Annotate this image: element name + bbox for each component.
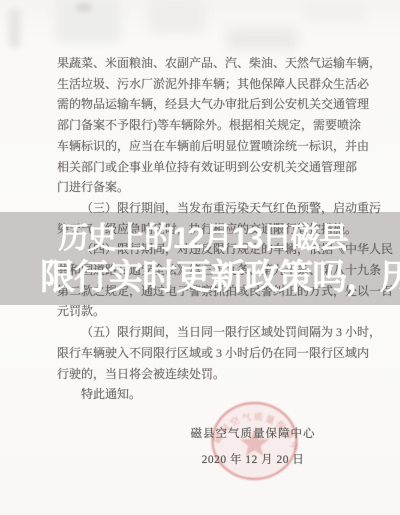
document-photo: 果蔬菜、米面粮油、农副产品、汽、柴油、天然气运输车辆，生活垃圾、污水厂淤泥外排车… xyxy=(0,0,400,515)
document-line: 生活垃圾、污水厂淤泥外排车辆；其他保障人民群众生活必 xyxy=(57,74,349,95)
document-line: 部门备案不予限行)等车辆除外。根据相关规定，需要喷涂 xyxy=(57,115,349,136)
blur-artifact xyxy=(226,28,298,50)
issue-date: 2020 年 12 月 20 日 xyxy=(123,451,383,467)
document-line: 特此通知。 xyxy=(57,384,349,405)
blur-artifact xyxy=(8,8,21,48)
blur-artifact xyxy=(76,3,92,12)
headline-line-1: 历史上的12月13日磁县 xyxy=(0,221,400,257)
issuer-signature: 磁县空气质量保障中心 xyxy=(123,425,383,441)
document-line: 相关部门或企事业单位持有效证明到公安机关交通管理部 xyxy=(57,157,349,178)
document-line: 门进行备案。 xyxy=(57,177,349,198)
document-line: 车辆标识的，应当在车辆前后明显位置喷涂统一标识，并由 xyxy=(57,136,349,157)
document-line: （五）限行期间，当日同一限行区域处罚间隔为 3 小时， xyxy=(57,322,349,343)
document-line: 行驶的，当日将会被连续处罚。 xyxy=(57,364,349,385)
blur-artifact xyxy=(305,2,365,20)
document-line: 需的物品运输车辆，经县大气办审批后到公安机关交通管理 xyxy=(57,94,349,115)
seal-stamp: 磁县空气质量保障中心 xyxy=(206,398,303,486)
document-line: 果蔬菜、米面粮油、农副产品、汽、柴油、天然气运输车辆， xyxy=(57,53,349,74)
headline-line-2: 限行实时更新政策吗，历 xyxy=(0,258,400,298)
blur-artifact xyxy=(148,0,206,34)
document-line: 限行车辆驶入不同限行区域或 3 小时后仍在同一限行区域内 xyxy=(57,343,349,364)
overlay-banner: 历史上的12月13日磁县 限行实时更新政策吗，历 xyxy=(0,212,400,305)
